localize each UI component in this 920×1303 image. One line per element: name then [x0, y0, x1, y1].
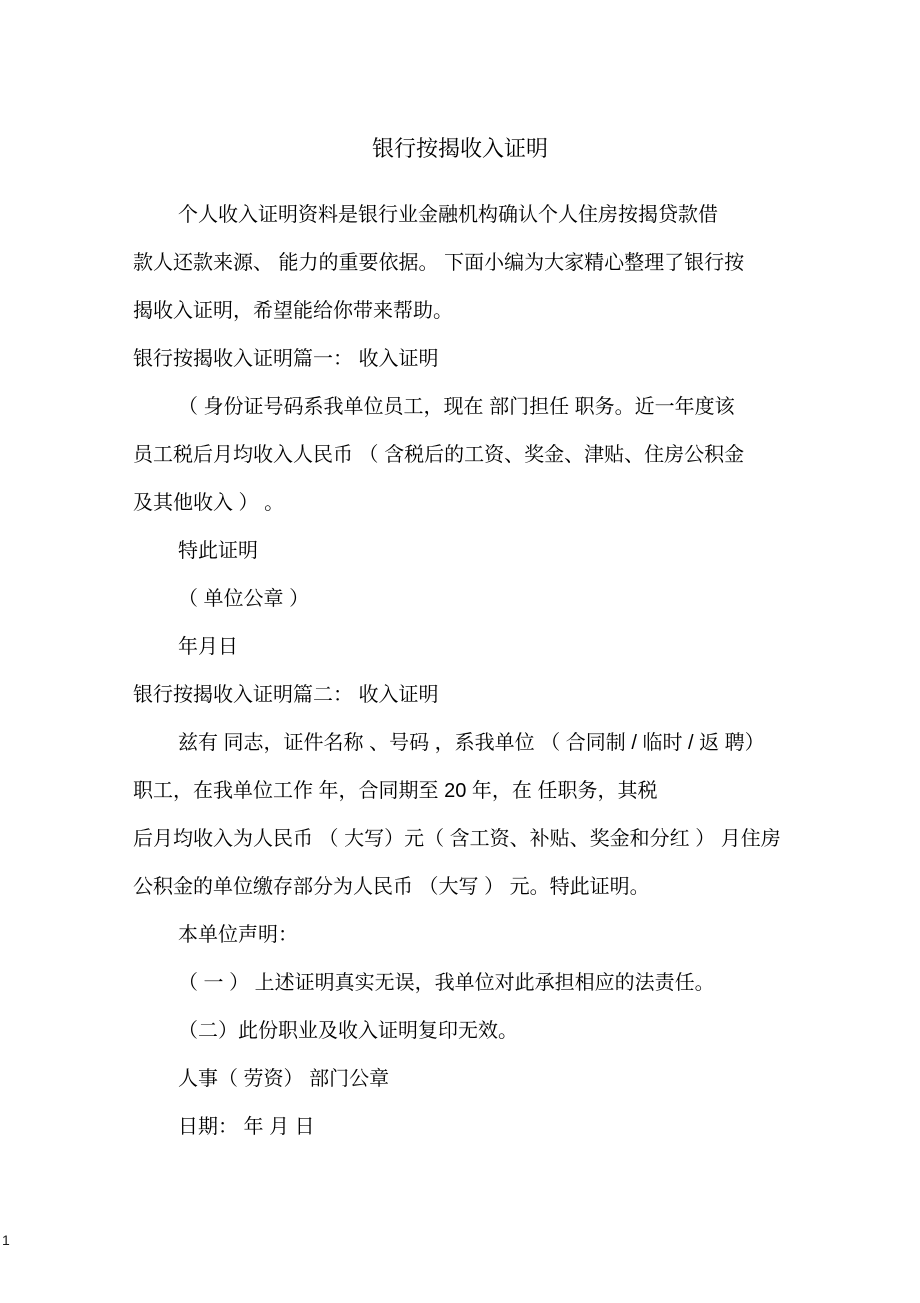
text-line: 银行按揭收入证明篇二： 收入证明	[133, 671, 893, 719]
text-line: 年月日	[133, 623, 893, 671]
text-line: 兹有 同志，证件名称 、号码 ，系我单位 （ 合同制 / 临时 / 返 聘）	[133, 719, 893, 767]
document-page: 银行按揭收入证明 个人收入证明资料是银行业金融机构确认个人住房按揭贷款借款人还款…	[0, 0, 920, 1303]
document-title: 银行按揭收入证明	[0, 125, 920, 173]
text-line: 后月均收入为人民币 （ 大写）元（ 含工资、补贴、奖金和分红 ） 月住房	[133, 815, 893, 863]
text-line: 银行按揭收入证明篇一： 收入证明	[133, 335, 893, 383]
text-line: （ 一 ） 上述证明真实无误，我单位对此承担相应的法责任。	[133, 959, 893, 1007]
text-line: 员工税后月均收入人民币 （ 含税后的工资、奖金、津贴、住房公积金	[133, 431, 893, 479]
document-body: 个人收入证明资料是银行业金融机构确认个人住房按揭贷款借款人还款来源、 能力的重要…	[133, 191, 893, 1151]
text-line: 人事（ 劳资） 部门公章	[133, 1055, 893, 1103]
text-line: 揭收入证明，希望能给你带来帮助。	[133, 287, 893, 335]
page-number: 1	[2, 1230, 10, 1250]
text-line: （ 身份证号码系我单位员工，现在 部门担任 职务。近一年度该	[133, 383, 893, 431]
text-line: 公积金的单位缴存部分为人民币 （大写 ） 元。特此证明。	[133, 863, 893, 911]
text-line: （ 单位公章 ）	[133, 575, 893, 623]
text-line: （二）此份职业及收入证明复印无效。	[133, 1007, 893, 1055]
text-line: 职工，在我单位工作 年，合同期至 20 年，在 任职务，其税	[133, 767, 893, 815]
text-line: 款人还款来源、 能力的重要依据。 下面小编为大家精心整理了银行按	[133, 239, 893, 287]
text-line: 个人收入证明资料是银行业金融机构确认个人住房按揭贷款借	[133, 191, 893, 239]
text-line: 日期： 年 月 日	[133, 1103, 893, 1151]
text-line: 本单位声明：	[133, 911, 893, 959]
text-line: 特此证明	[133, 527, 893, 575]
text-line: 及其他收入 ） 。	[133, 479, 893, 527]
